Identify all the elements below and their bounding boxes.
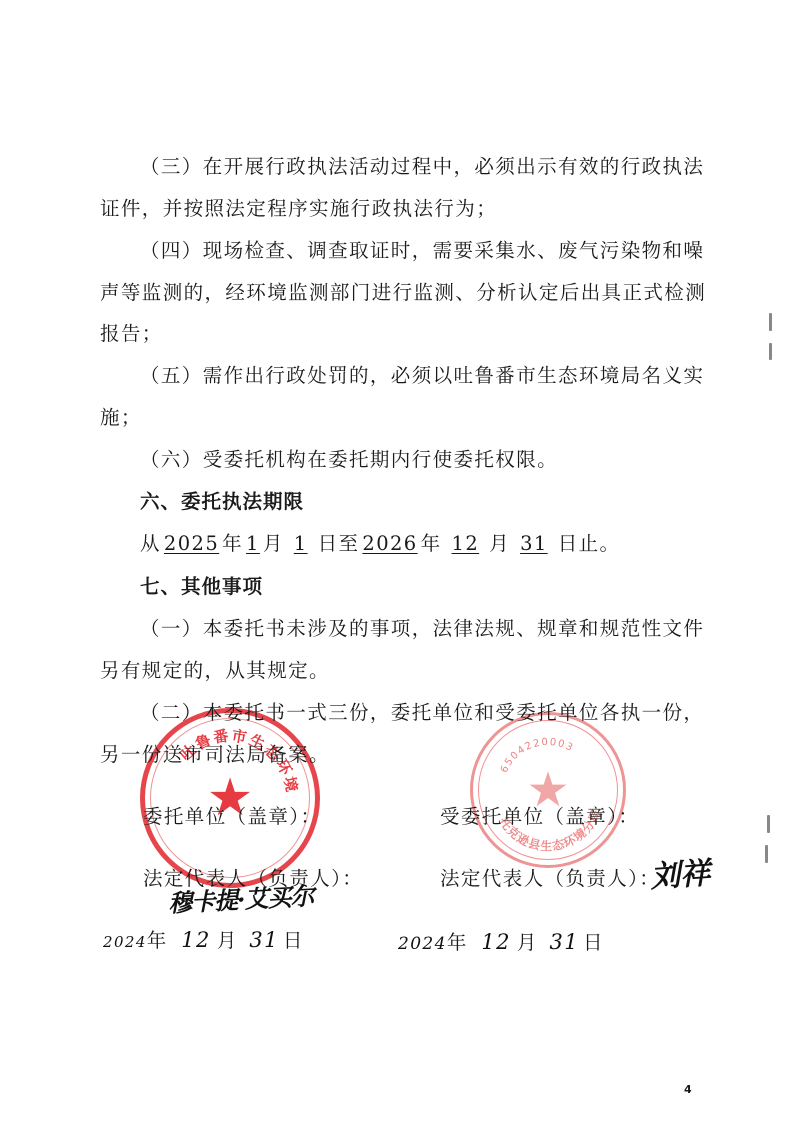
paragraph-item-3-line-2: 证件，并按照法定程序实施行政执法行为； — [100, 197, 497, 221]
scan-artifact — [769, 343, 772, 360]
official-stamp-right: 6504220003 托克逊县生态环境分局 ★ — [470, 712, 626, 868]
month-label: 月 — [263, 532, 284, 555]
scan-artifact — [769, 313, 772, 331]
section-7-item-2-line-2: 另一份送市司法局备案。 — [100, 743, 330, 767]
year-label: 年 — [222, 532, 243, 555]
month-label: 月 — [489, 532, 510, 555]
scan-artifact — [767, 815, 770, 833]
official-stamp-left: 吐鲁番市生态环境局 ★ — [140, 708, 320, 888]
left-date-year: 2024 — [103, 933, 147, 951]
paragraph-item-4-line-3: 报告； — [100, 322, 163, 346]
paragraph-item-4-line-2: 声等监测的，经环境监测部门进行监测、分析认定后出具正式检测 — [100, 281, 706, 305]
end-day: 31 — [510, 532, 558, 555]
paragraph-item-4-line-1: （四）现场检查、调查取证时，需要采集水、废气污染物和噪 — [140, 239, 704, 263]
paragraph-item-3-line-1: （三）在开展行政执法活动过程中，必须出示有效的行政执法 — [140, 155, 704, 179]
start-year: 2025 — [161, 532, 222, 555]
right-date-day: 31 — [545, 930, 583, 954]
start-month: 1 — [243, 532, 263, 555]
right-handwritten-signature: 刘祥 — [649, 848, 712, 896]
left-handwritten-signature: 穆卡提·艾买尔 — [167, 876, 314, 919]
section-7-heading: 七、其他事项 — [140, 575, 263, 599]
section-6-heading: 六、委托执法期限 — [140, 490, 304, 514]
day-label: 日 — [583, 931, 604, 954]
month-label: 月 — [217, 929, 238, 952]
end-month: 12 — [442, 532, 490, 555]
right-legal-rep-label: 法定代表人（负责人）： — [440, 867, 660, 891]
right-signing-date: 2024年 12月 31日 — [398, 930, 604, 956]
left-date-month: 12 — [175, 928, 217, 952]
year-label: 年 — [447, 931, 468, 954]
left-signing-date: 2024年 12月 31日 — [103, 928, 304, 954]
left-date-day: 31 — [245, 928, 283, 952]
start-day: 1 — [284, 532, 318, 555]
paragraph-item-6-line-1: （六）受委托机构在委托期内行使委托权限。 — [140, 448, 558, 472]
right-date-month: 12 — [475, 930, 517, 954]
document-page: 吐鲁番市生态环境局 ★ 6504220003 托克逊县生态环境分局 ★ （三）在… — [0, 0, 792, 1121]
delegating-unit-label: 委托单位（盖章）： — [143, 805, 321, 829]
year-label: 年 — [421, 532, 442, 555]
end-year: 2026 — [359, 532, 420, 555]
day-to-label: 日至 — [318, 532, 360, 555]
month-label: 月 — [517, 931, 538, 954]
section-7-item-1-line-1: （一）本委托书未涉及的事项，法律法规、规章和规范性文件 — [140, 617, 704, 641]
section-7-item-1-line-2: 另有规定的，从其规定。 — [100, 659, 330, 683]
paragraph-item-5-line-2: 施； — [100, 406, 142, 430]
delegation-period: 从2025年1月1日至2026年12月31日止。 — [140, 532, 620, 556]
delegated-unit-label: 受委托单位（盖章）： — [440, 805, 639, 829]
period-suffix: 日止。 — [558, 532, 621, 555]
section-7-item-2-line-1: （二）本委托书一式三份，委托单位和受委托单位各执一份， — [140, 701, 704, 725]
right-date-year: 2024 — [398, 934, 447, 954]
period-prefix: 从 — [140, 532, 161, 555]
paragraph-item-5-line-1: （五）需作出行政处罚的，必须以吐鲁番市生态环境局名义实 — [140, 364, 704, 388]
year-label: 年 — [147, 929, 168, 952]
page-number: 4 — [684, 1083, 692, 1096]
day-label: 日 — [283, 929, 304, 952]
scan-artifact — [765, 845, 768, 863]
